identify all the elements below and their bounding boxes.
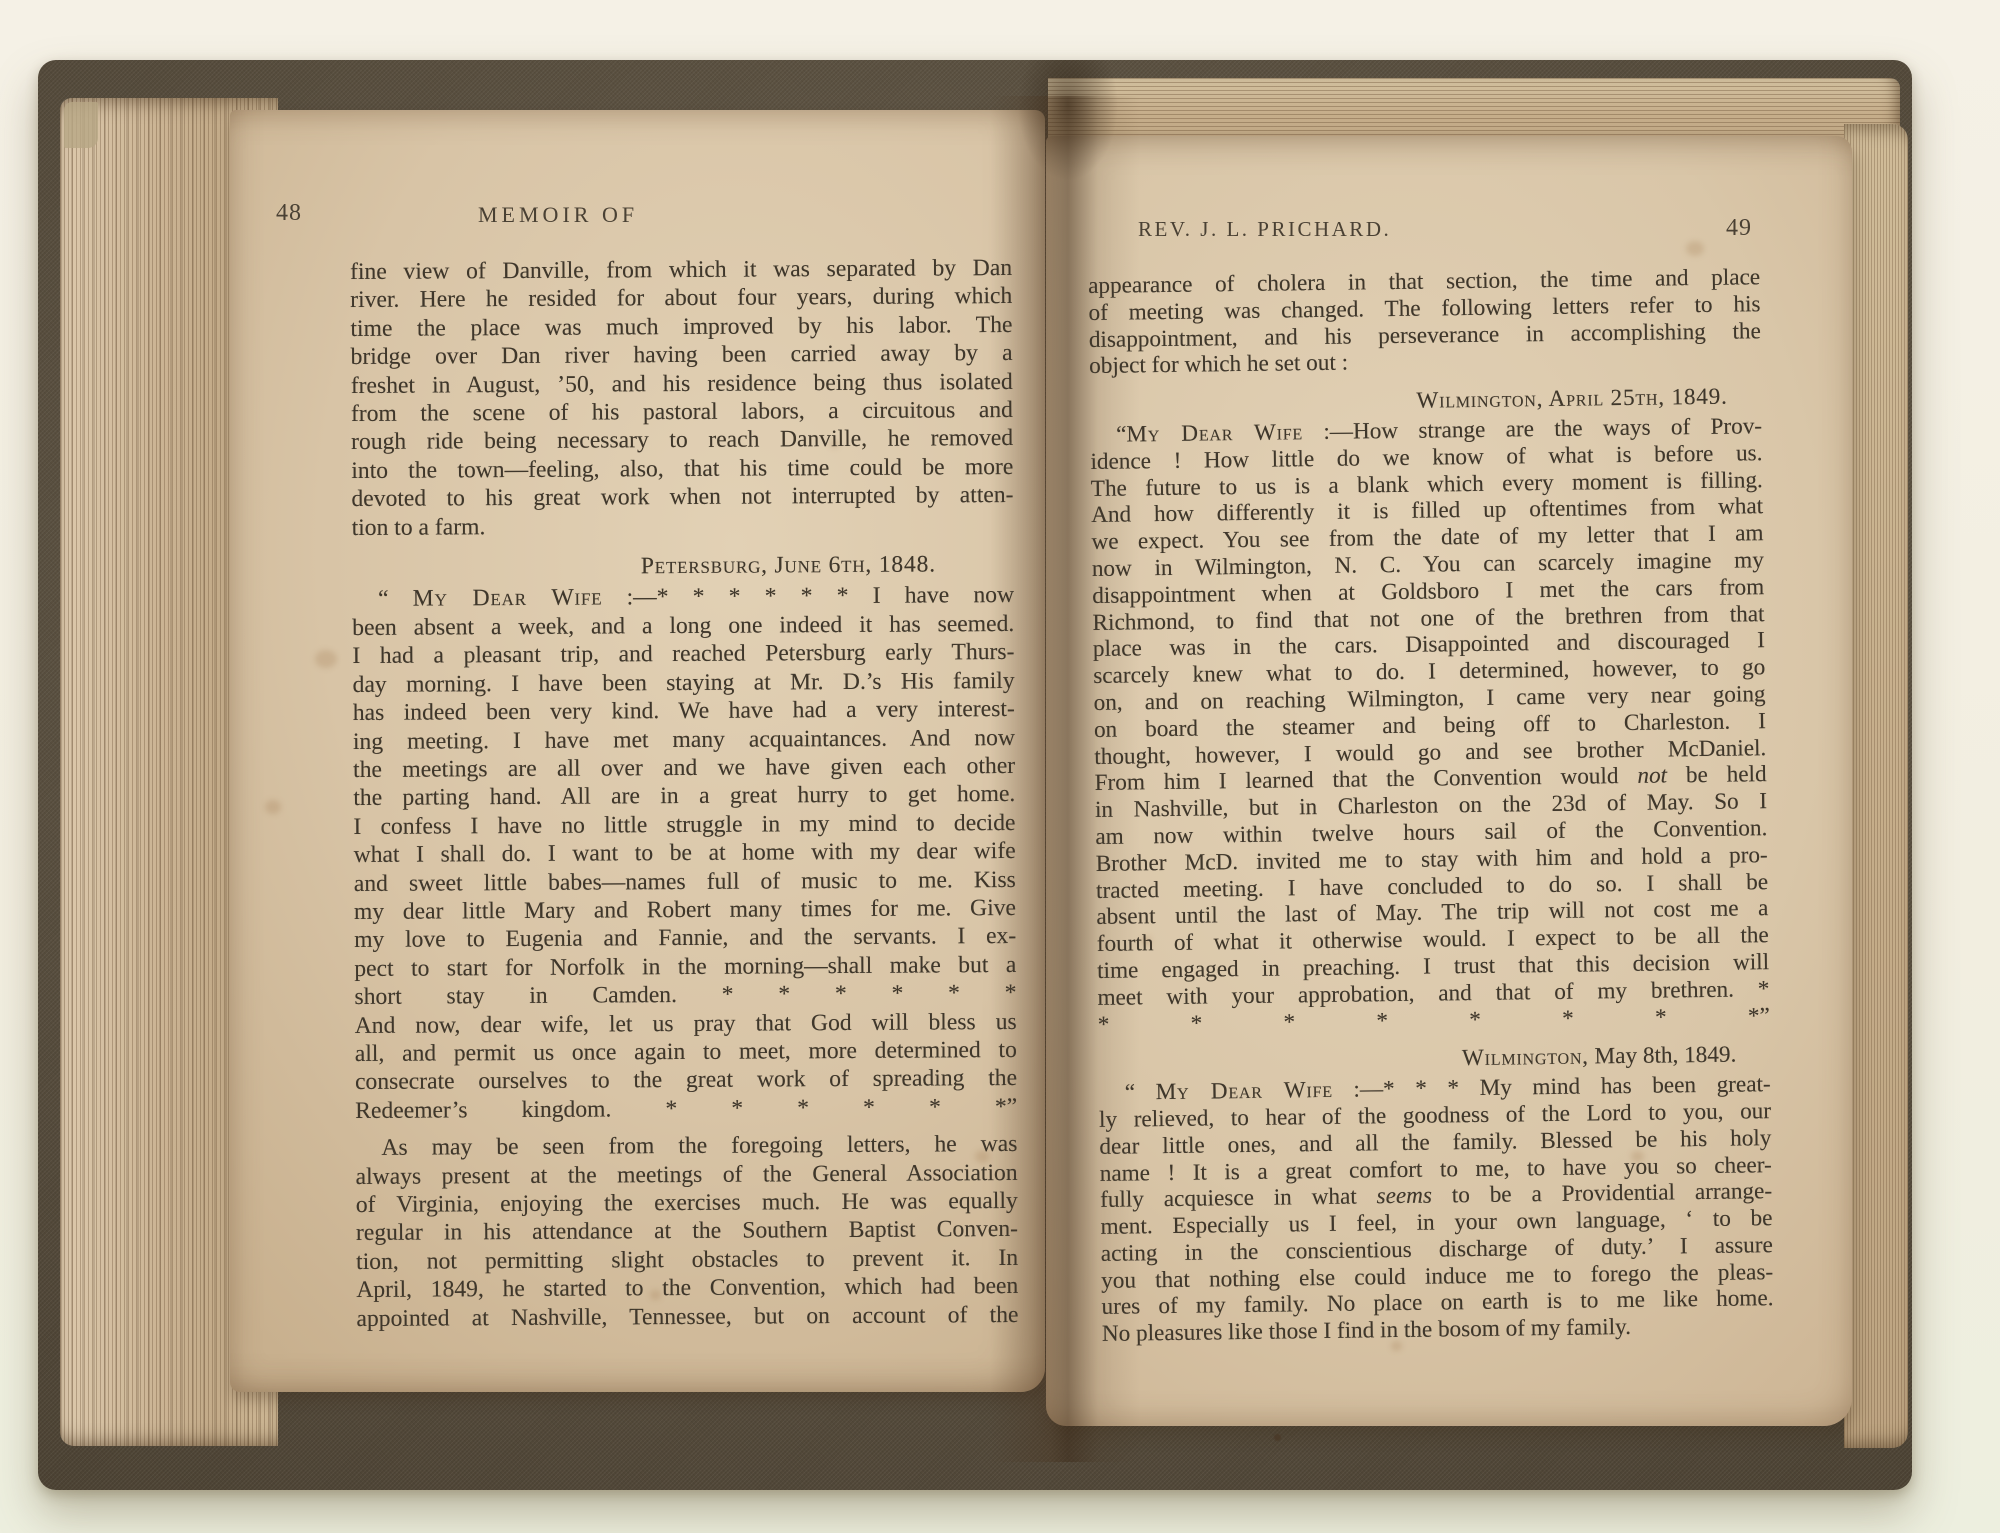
text-line: As may be seen from the foregoing letter…	[355, 1130, 1017, 1162]
text-line: has indeed been very kind. We have had a…	[353, 695, 1015, 727]
text-line: devoted to his great work when not inter…	[351, 481, 1013, 513]
text-line: pect to start for Norfolk in the morning…	[354, 951, 1016, 983]
page-number-left: 48	[276, 200, 302, 227]
left-page-header: 48 MEMOIR OF	[350, 200, 1012, 236]
text-line: ing meeting. I have met many acquaintanc…	[353, 723, 1015, 755]
small-caps-text: Wilmington,	[1462, 1044, 1589, 1072]
small-caps-text: My Dear Wife	[1155, 1077, 1333, 1105]
text-line: what I shall do. I want to be at home wi…	[354, 837, 1016, 869]
text-line: and sweet little babes—names full of mus…	[354, 865, 1016, 897]
small-caps-text: My Dear Wife	[1126, 419, 1303, 447]
text-line: day morning. I have been staying at Mr. …	[353, 667, 1015, 699]
left-page-body: fine view of Danville, from which it was…	[350, 254, 1019, 1333]
foxing-spot	[315, 650, 337, 668]
text-line: the parting hand. All are in a great hur…	[353, 780, 1015, 812]
running-head-right: REV. J. L. PRICHARD.	[1138, 217, 1391, 242]
left-page-text: 48 MEMOIR OF fine view of Danville, from…	[350, 200, 1012, 1333]
page-edges-right	[1844, 124, 1908, 1448]
text-line: Petersburg, June 6th, 1848.	[352, 550, 1014, 582]
text-line: all, and permit us once again to meet, m…	[355, 1036, 1017, 1068]
text-line: always present at the meetings of the Ge…	[356, 1159, 1018, 1191]
text-line: “ My Dear Wife :—* * * * * * I have now	[352, 581, 1014, 613]
text-line: from the scene of his pastoral labors, a…	[351, 396, 1013, 428]
text-line: the meetings are all over and we have gi…	[353, 752, 1015, 784]
small-caps-text: Petersburg, June 6th, 1848.	[641, 551, 936, 579]
text-line: tion to a farm.	[352, 510, 1014, 542]
text-line: I confess I have no little struggle in m…	[353, 809, 1015, 841]
cover-corner-fold	[64, 102, 98, 148]
text-line: bridge over Dan river having been carrie…	[351, 339, 1013, 371]
text-line: rough ride being necessary to reach Danv…	[351, 424, 1013, 456]
text-line: time the place was much improved by his …	[350, 311, 1012, 343]
text-line: April, 1849, he started to the Conventio…	[356, 1272, 1018, 1304]
ink-speck	[1274, 1434, 1281, 1441]
page-number-right: 49	[1726, 215, 1752, 242]
text-line: my dear little Mary and Robert many time…	[354, 894, 1016, 926]
text-line: river. Here he resided for about four ye…	[350, 282, 1012, 314]
text-line: my love to Eugenia and Fannie, and the s…	[354, 922, 1016, 954]
text-line: into the town—feeling, also, that his ti…	[351, 453, 1013, 485]
book: 48 MEMOIR OF fine view of Danville, from…	[38, 60, 1912, 1490]
page-edges-top-right	[1048, 78, 1900, 138]
right-page-body: appearance of cholera in that section, t…	[1088, 264, 1774, 1348]
text-line: regular in his attendance at the Souther…	[356, 1215, 1018, 1247]
photo-background: 48 MEMOIR OF fine view of Danville, from…	[0, 0, 2000, 1533]
text-line: short stay in Camden. * * * * * *	[354, 979, 1016, 1011]
text-line: been absent a week, and a long one indee…	[352, 610, 1014, 642]
text-line: of Virginia, enjoying the exercises much…	[356, 1187, 1018, 1219]
text-line: consecrate ourselves to the great work o…	[355, 1064, 1017, 1096]
right-page-text: REV. J. L. PRICHARD. 49 appearance of ch…	[1088, 215, 1760, 1348]
text-line: Redeemer’s kingdom. * * * * * *”	[355, 1093, 1017, 1125]
text-line: I had a pleasant trip, and reached Peter…	[352, 638, 1014, 670]
text-line: tion, not permitting slight obstacles to…	[356, 1244, 1018, 1276]
foxing-spot	[265, 800, 281, 814]
running-head-left: MEMOIR OF	[478, 202, 638, 228]
text-line: freshet in August, ’50, and his residenc…	[351, 368, 1013, 400]
right-page-header: REV. J. L. PRICHARD. 49	[1088, 215, 1760, 251]
small-caps-text: Wilmington, April 25th, 1849.	[1416, 384, 1728, 414]
text-line: appointed at Nashville, Tennessee, but o…	[356, 1301, 1018, 1333]
small-caps-text: My Dear Wife	[413, 585, 603, 612]
left-page: 48 MEMOIR OF fine view of Danville, from…	[230, 110, 1045, 1392]
text-line: fine view of Danville, from which it was…	[350, 254, 1012, 286]
text-line: And now, dear wife, let us pray that God…	[355, 1008, 1017, 1040]
right-page: REV. J. L. PRICHARD. 49 appearance of ch…	[1046, 136, 1852, 1426]
